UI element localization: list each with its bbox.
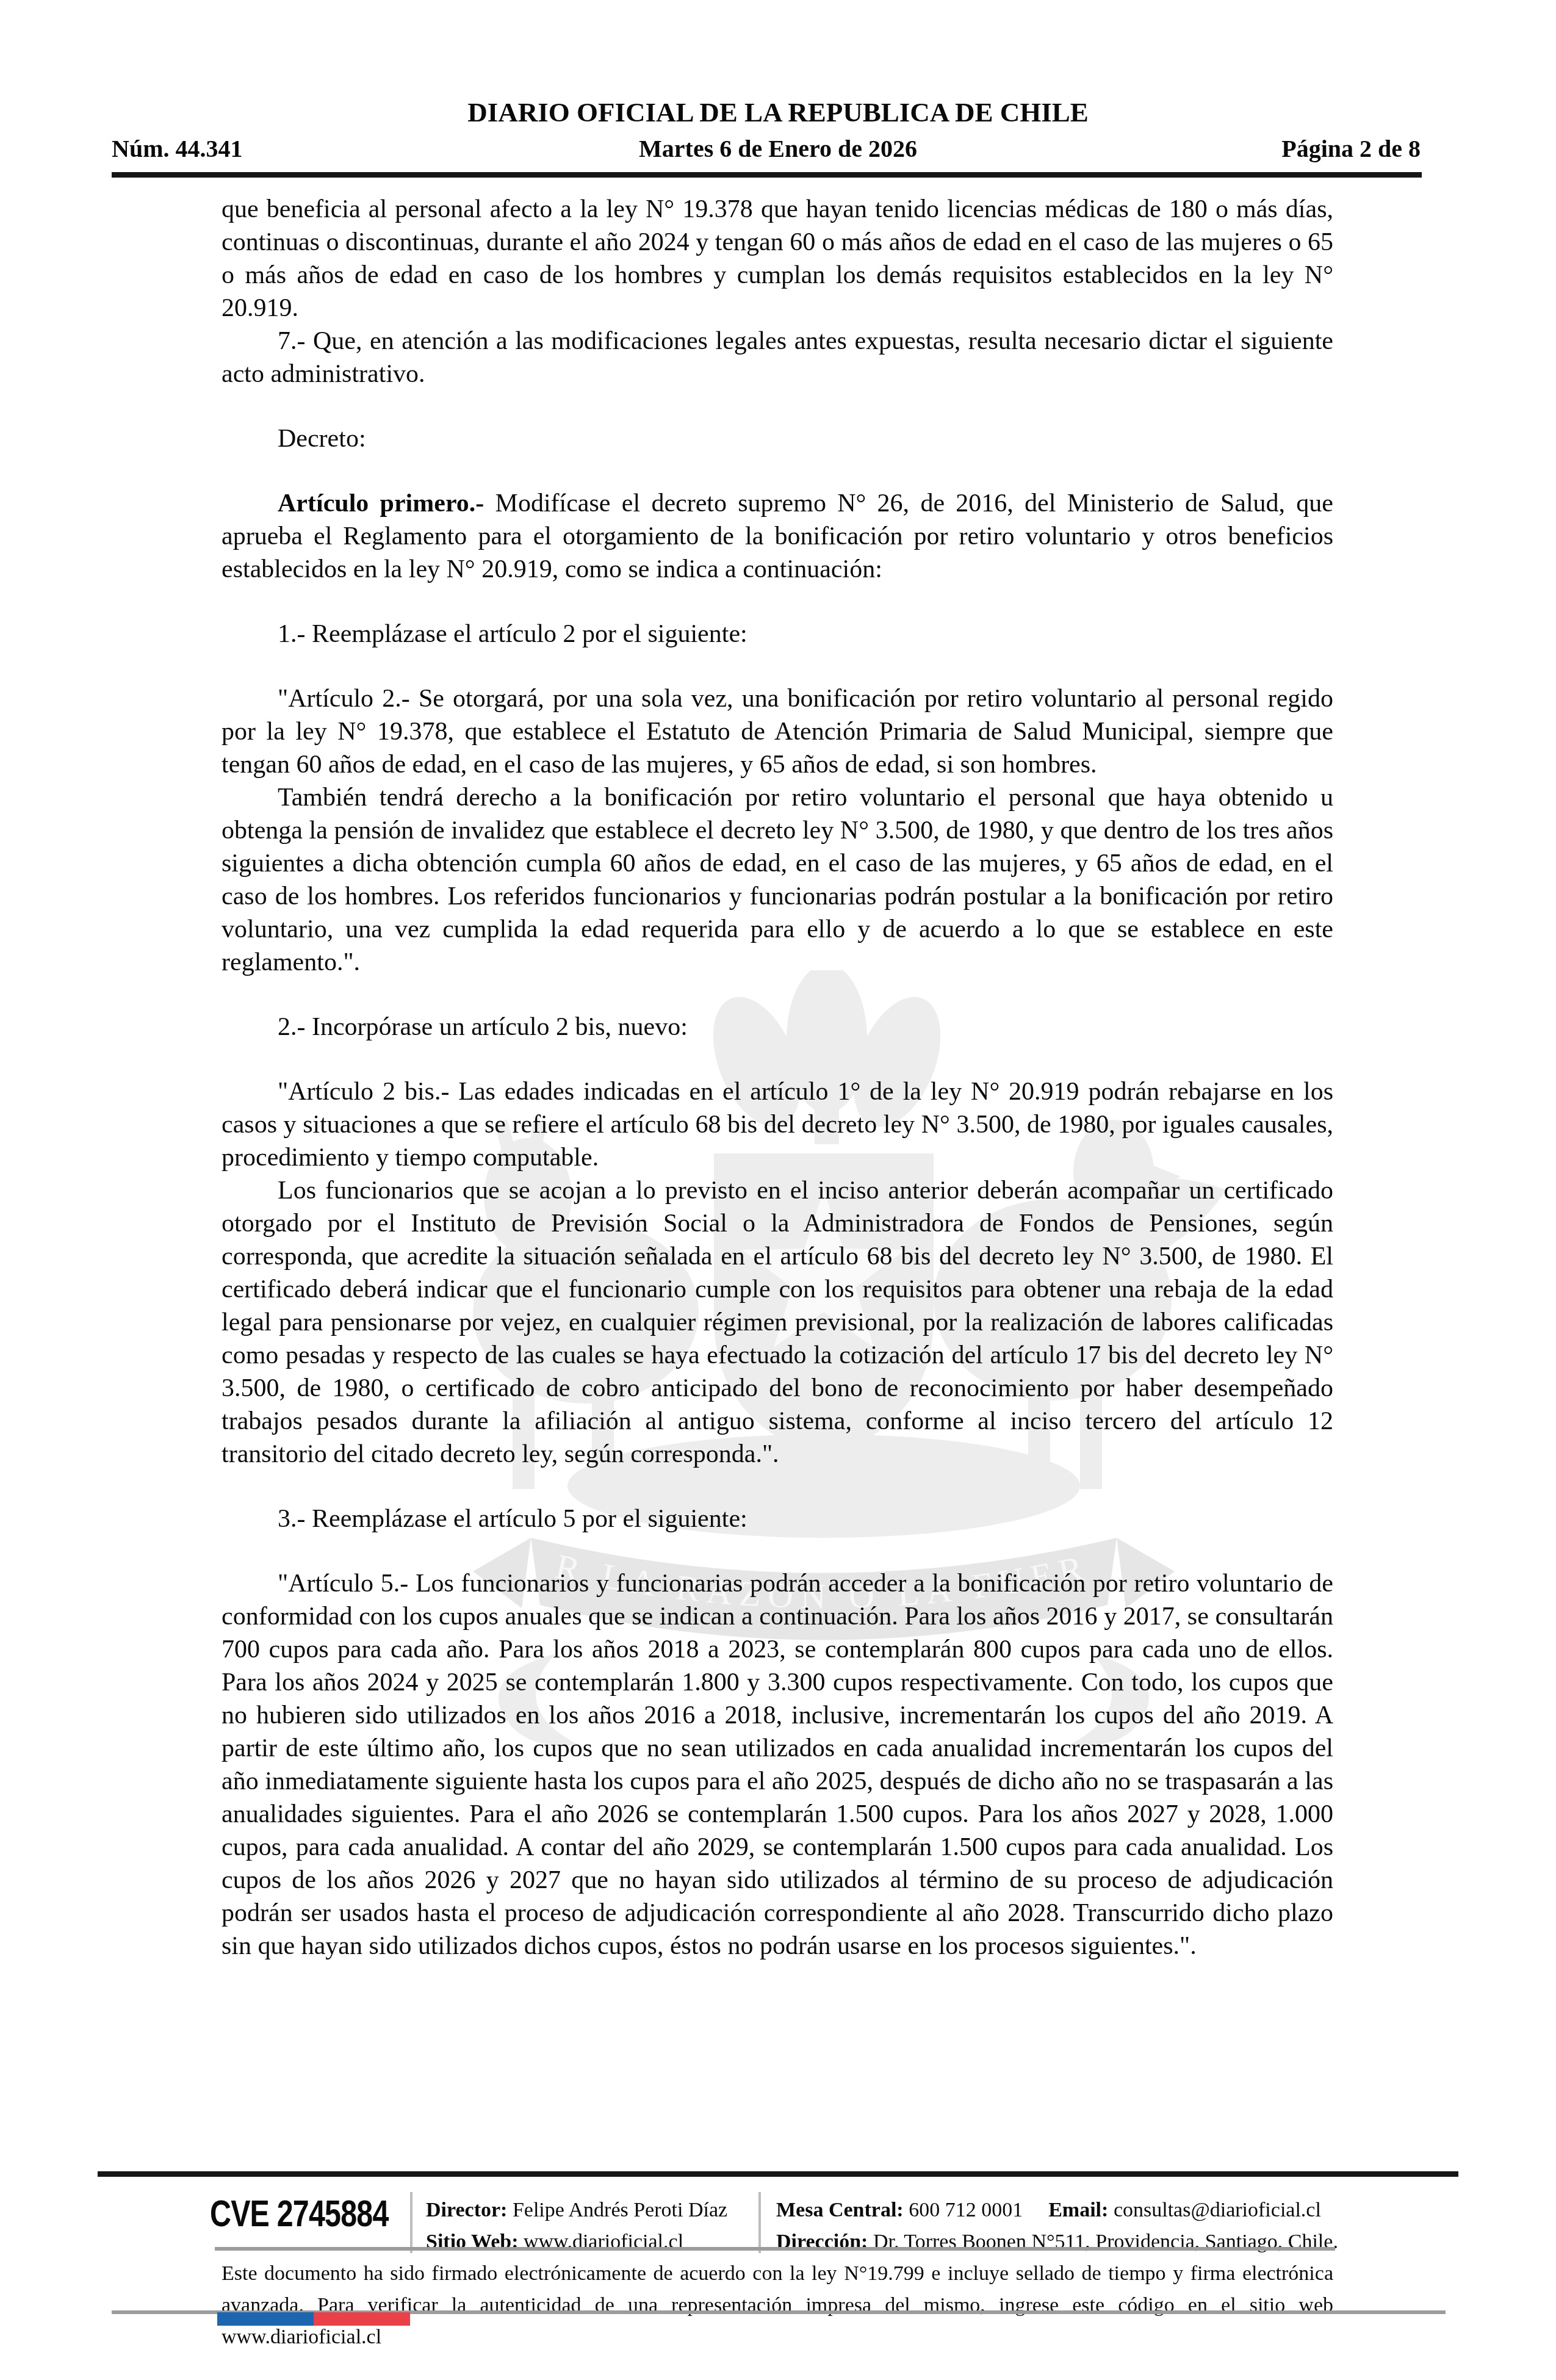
phone-label: Mesa Central: [776, 2199, 904, 2221]
body-paragraph-considerando-7: 7.- Que, en atención a las modificacione… [222, 325, 1333, 391]
body-paragraph-numeral-2: 2.- Incorpórase un artículo 2 bis, nuevo… [222, 1011, 1333, 1044]
document-body: que beneficia al personal afecto a la le… [222, 193, 1333, 1963]
contact-line-1: Mesa Central: 600 712 0001Email: consult… [776, 2194, 1338, 2226]
director-name: Felipe Andrés Peroti Díaz [507, 2199, 727, 2221]
email-address[interactable]: consultas@diarioficial.cl [1108, 2199, 1321, 2221]
body-paragraph-articulo-2-inciso-2: También tendrá derecho a la bonificación… [222, 781, 1333, 979]
chile-flag-mark [217, 2312, 410, 2326]
body-paragraph-decreto: Decreto: [222, 422, 1333, 455]
body-paragraph-numeral-3: 3.- Reemplázase el artículo 5 por el sig… [222, 1502, 1333, 1535]
masthead-title: DIARIO OFICIAL DE LA REPUBLICA DE CHILE [0, 96, 1556, 128]
contact-line-2: Dirección: Dr. Torres Boonen N°511, Prov… [776, 2226, 1338, 2258]
director-line: Director: Felipe Andrés Peroti Díaz [426, 2194, 727, 2226]
director-label: Director: [426, 2199, 507, 2221]
body-paragraph-articulo-2bis-inciso-2: Los funcionarios que se acojan a lo prev… [222, 1174, 1333, 1471]
body-paragraph-articulo-2bis: "Artículo 2 bis.- Las edades indicadas e… [222, 1075, 1333, 1174]
body-paragraph-articulo-2: "Artículo 2.- Se otorgará, por una sola … [222, 682, 1333, 781]
legal-notice: Este documento ha sido firmado electróni… [222, 2258, 1333, 2353]
body-paragraph-articulo-primero: Artículo primero.- Modifícase el decreto… [222, 487, 1333, 586]
website-line: Sitio Web: www.diarioficial.cl [426, 2226, 727, 2258]
cve-code: CVE 2745884 [210, 2192, 389, 2235]
footer-divider-1 [410, 2192, 412, 2253]
page-indicator: Página 2 de 8 [1281, 134, 1421, 163]
gazette-page: DIARIO OFICIAL DE LA REPUBLICA DE CHILE … [0, 0, 1556, 2380]
body-paragraph-articulo-5: "Artículo 5.- Los funcionarios y funcion… [222, 1567, 1333, 1963]
articulo-primero-lead: Artículo primero.- [278, 489, 484, 517]
header-rule [112, 172, 1422, 178]
body-paragraph-numeral-1: 1.- Reemplázase el artículo 2 por el sig… [222, 618, 1333, 651]
footer-gray-rule-top [215, 2247, 1335, 2251]
email-label: Email: [1048, 2199, 1108, 2221]
footer-divider-2 [758, 2192, 761, 2253]
phone-number: 600 712 0001 [904, 2199, 1023, 2221]
footer-rule [98, 2171, 1458, 2177]
flag-blue-half [217, 2312, 314, 2326]
flag-red-half [314, 2312, 410, 2326]
body-paragraph-continuation: que beneficia al personal afecto a la le… [222, 193, 1333, 325]
